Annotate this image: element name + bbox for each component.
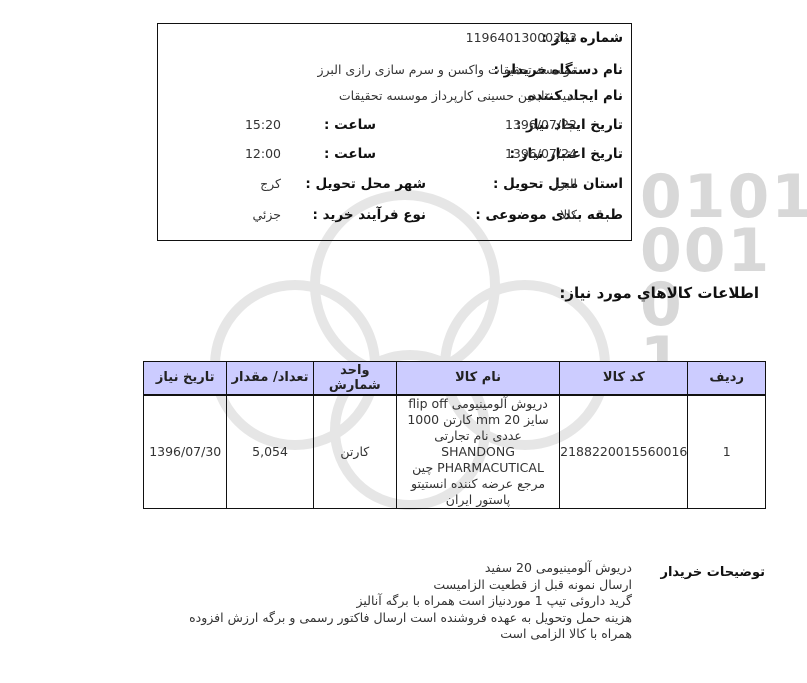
category-row: طبقه بندی موضوعی : کالا نوع فرآیند خرید … (158, 207, 631, 231)
buyer-notes: دریوش آلومینیومی 20 سفید ارسال نمونه قبل… (162, 560, 632, 643)
cell-unit: کارتن (313, 395, 396, 509)
created-date-row: تاریخ ایجاد نیاز : 1396/07/22 ساعت : 15:… (158, 117, 631, 141)
province-row: استان محل تحویل : البرز شهر محل تحویل : … (158, 176, 631, 200)
items-table-header: ردیف کد کالا نام کالا واحد شمارش تعداد/ … (144, 362, 766, 395)
need-number-row: شماره نیاز : 11964013000223 (158, 30, 631, 54)
items-section-title: اطلاعات کالاهاي مورد نياز: (559, 284, 759, 302)
created-date-value: 1396/07/22 (505, 117, 577, 132)
header-name: نام کالا (396, 362, 559, 395)
category-label: طبقه بندی موضوعی : (475, 207, 623, 223)
city-label: شهر محل تحویل : (305, 176, 426, 192)
buyer-org-value: موسسه تحقیقات واکسن و سرم سازی رازی البر… (317, 62, 577, 77)
creator-row: نام ایجاد کننده سید عابدین حسینی کارپردا… (158, 88, 631, 112)
created-time-value: 15:20 (245, 117, 281, 132)
header-code: کد کالا (560, 362, 688, 395)
city-value: کرج (260, 176, 281, 191)
validity-time-label: ساعت : (324, 146, 376, 162)
buyer-notes-label: توضیحات خریدار (660, 565, 765, 580)
category-value: کالا (560, 207, 577, 222)
creator-value: سید عابدین حسینی کارپرداز موسسه تحقیقات (339, 88, 577, 103)
province-value: البرز (553, 176, 577, 191)
buyer-note-line: گرید داروئی تیپ 1 موردنیاز است همراه با … (162, 593, 632, 610)
created-time-label: ساعت : (324, 117, 376, 133)
cell-date: 1396/07/30 (144, 395, 227, 509)
cell-qty: 5,054 (227, 395, 313, 509)
header-date: تاریخ نیاز (144, 362, 227, 395)
validity-date-row: تاریخ اعتبار نیاز : 1396/07/24 ساعت : 12… (158, 146, 631, 170)
validity-time-value: 12:00 (245, 146, 281, 161)
process-label: نوع فرآیند خرید : (313, 207, 427, 223)
header-row-no: ردیف (688, 362, 766, 395)
header-unit: واحد شمارش (313, 362, 396, 395)
buyer-note-line: هزینه حمل وتحویل به عهده فروشنده است ارس… (162, 610, 632, 643)
table-row: 1 2188220015560016 دریوش آلومینیومی flip… (144, 395, 766, 509)
buyer-note-line: ارسال نمونه قبل از قطعیت الزامیست (162, 577, 632, 594)
header-qty: تعداد/ مقدار (227, 362, 313, 395)
need-info-box: شماره نیاز : 11964013000223 نام دستگاه خ… (157, 23, 632, 241)
need-number-value: 11964013000223 (466, 30, 577, 45)
cell-code: 2188220015560016 (560, 395, 688, 509)
watermark-digits: 010100101 (640, 170, 807, 386)
items-table: ردیف کد کالا نام کالا واحد شمارش تعداد/ … (143, 361, 766, 509)
cell-row-no: 1 (688, 395, 766, 509)
validity-date-value: 1396/07/24 (505, 146, 577, 161)
buyer-org-row: نام دستگاه خریدار : موسسه تحقیقات واکسن … (158, 62, 631, 86)
process-value: جزئي (252, 207, 281, 222)
buyer-note-line: دریوش آلومینیومی 20 سفید (162, 560, 632, 577)
cell-name: دریوش آلومینیومی flip off سایز 20 mm کار… (396, 395, 559, 509)
